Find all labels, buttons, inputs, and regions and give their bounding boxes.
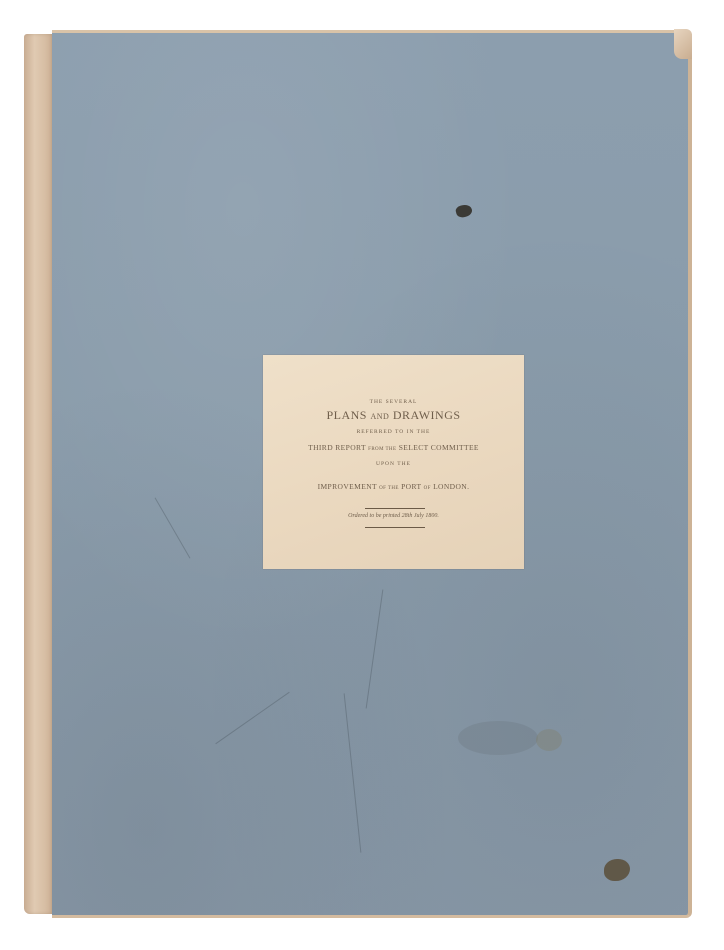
label-text: FROM THE (368, 447, 396, 452)
book-cover: THE SEVERAL PLANS AND DRAWINGS REFERRED … (52, 30, 692, 918)
label-title: PLANS AND DRAWINGS (263, 408, 524, 423)
label-text: LONDON. (433, 482, 469, 491)
label-rule (365, 527, 425, 528)
label-title-word: AND (370, 412, 389, 421)
label-title-word: DRAWINGS (393, 408, 461, 422)
book-spine (24, 34, 54, 914)
paper-crack (366, 590, 384, 709)
label-imprint: Ordered to be printed 28th July 1800. (263, 513, 524, 519)
book: THE SEVERAL PLANS AND DRAWINGS REFERRED … (24, 30, 692, 920)
title-label: THE SEVERAL PLANS AND DRAWINGS REFERRED … (263, 355, 524, 569)
ink-stain (455, 203, 474, 219)
label-title-word: PLANS (326, 408, 367, 422)
label-text: OF THE (379, 486, 399, 491)
label-line-5: UPON THE (263, 461, 524, 467)
label-text: OF (424, 486, 431, 491)
label-text: PORT (401, 482, 421, 491)
paper-crack (155, 497, 191, 558)
label-line-3: REFERRED TO IN THE (263, 429, 524, 435)
water-stain (536, 729, 562, 751)
worn-corner (674, 29, 692, 59)
paper-crack (344, 693, 362, 852)
label-rule (365, 508, 425, 509)
label-line-1: THE SEVERAL (263, 399, 524, 405)
label-line-4: THIRD REPORT FROM THE SELECT COMMITTEE (263, 443, 524, 452)
label-line-6: IMPROVEMENT OF THE PORT OF LONDON. (263, 482, 524, 491)
water-stain (458, 721, 538, 755)
paper-crack (215, 692, 289, 744)
label-text: THIRD REPORT (308, 443, 366, 452)
ink-stain (604, 859, 630, 881)
label-text: IMPROVEMENT (318, 482, 377, 491)
label-text: SELECT COMMITTEE (399, 443, 479, 452)
